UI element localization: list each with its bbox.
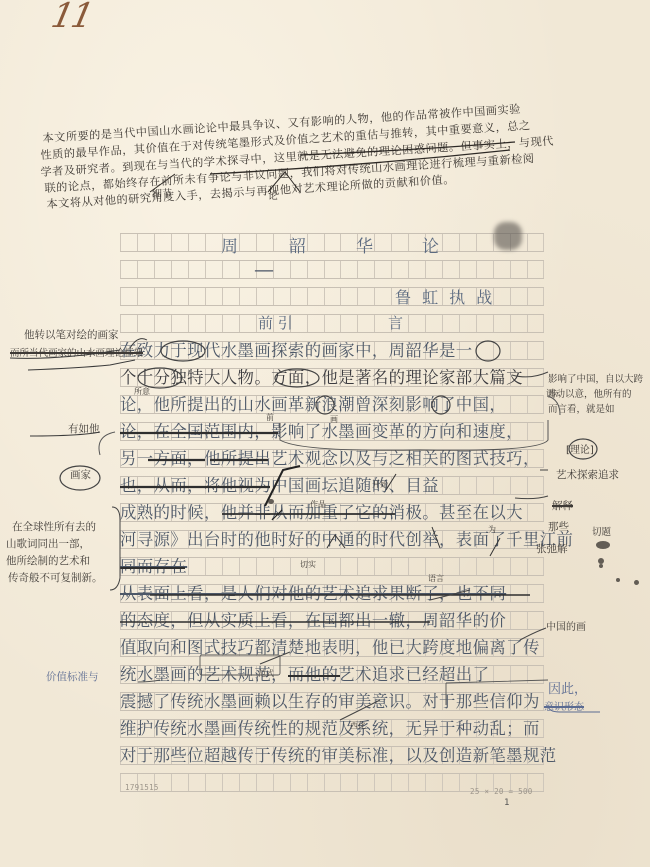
sheet-format: 25 × 20 = 500 — [470, 787, 533, 796]
catalog-number: 1791515 — [125, 783, 159, 792]
ink-blot — [634, 580, 639, 585]
ink-blot — [268, 499, 274, 504]
editorial-marks — [0, 0, 650, 867]
page-number: 1 — [504, 798, 510, 808]
ink-blot — [616, 578, 620, 582]
ink-smudge — [494, 222, 522, 250]
ink-blot — [596, 541, 610, 549]
ink-blot — [599, 564, 603, 568]
